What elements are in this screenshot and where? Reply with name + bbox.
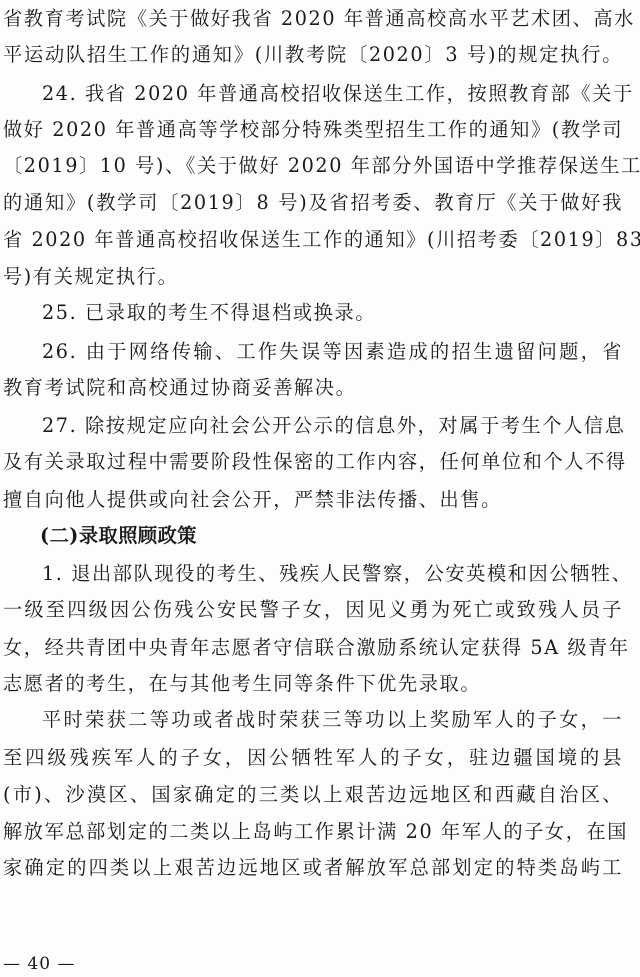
text-line: (市)、沙漠区、国家确定的三类以上艰苦边远地区和西藏自治区、 <box>3 783 623 807</box>
text-line: 一级至四级因公伤残公安民警子女，因见义勇为死亡或致残人员子 <box>3 598 623 622</box>
text-line: 省 2020 年普通高校招收保送生工作的通知》(川招考委〔2019〕83 <box>3 228 623 252</box>
text-line: 擅自向他人提供或向社会公开，严禁非法传播、出售。 <box>3 488 623 512</box>
text-line: 志愿者的考生，在与其他考生同等条件下优先录取。 <box>3 672 623 696</box>
text-line: 女，经共青团中央青年志愿者守信联合激励系统认定获得 5A 级青年 <box>3 636 623 660</box>
text-line: 的通知》(教学司〔2019〕8 号)及省招考委、教育厅《关于做好我 <box>3 191 623 215</box>
text-line: 解放军总部划定的二类以上岛屿工作累计满 20 年军人的子女，在国 <box>3 820 623 844</box>
text-line: 至四级残疾军人的子女，因公牺牲军人的子女，驻边疆国境的县 <box>3 746 623 770</box>
text-line: 26. 由于网络传输、工作失误等因素造成的招生遗留问题，省 <box>42 340 623 364</box>
document-page: 省教育考试院《关于做好我省 2020 年普通高校高水平艺术团、高水平运动队招生工… <box>0 0 640 977</box>
text-line: 做好 2020 年普通高等学校部分特殊类型招生工作的通知》(教学司 <box>3 118 623 142</box>
text-line: 及有关录取过程中需要阶段性保密的工作内容，任何单位和个人不得 <box>3 450 623 474</box>
page-number: — 40 — <box>3 953 75 975</box>
text-line: 教育考试院和高校通过协商妥善解决。 <box>3 376 623 400</box>
text-line: 1. 退出部队现役的考生、残疾人民警察，公安英模和因公牺牲、 <box>42 562 623 586</box>
text-line: 25. 已录取的考生不得退档或换录。 <box>42 301 623 325</box>
section-heading: (二)录取照顾政策 <box>40 524 340 548</box>
text-line: 省教育考试院《关于做好我省 2020 年普通高校高水平艺术团、高水 <box>3 7 623 31</box>
text-line: 号)有关规定执行。 <box>3 265 623 289</box>
text-line: 〔2019〕10 号)、《关于做好 2020 年部分外国语中学推荐保送生工作 <box>3 154 623 178</box>
text-line: 24. 我省 2020 年普通高校招收保送生工作，按照教育部《关于 <box>42 82 623 106</box>
text-line: 平运动队招生工作的通知》(川教考院〔2020〕3 号)的规定执行。 <box>3 43 623 67</box>
text-line: 家确定的四类以上艰苦边远地区或者解放军总部划定的特类岛屿工 <box>3 856 623 880</box>
text-line: 27. 除按规定应向社会公开公示的信息外，对属于考生个人信息 <box>42 414 623 438</box>
text-line: 平时荣获二等功或者战时荣获三等功以上奖励军人的子女，一 <box>42 708 623 732</box>
